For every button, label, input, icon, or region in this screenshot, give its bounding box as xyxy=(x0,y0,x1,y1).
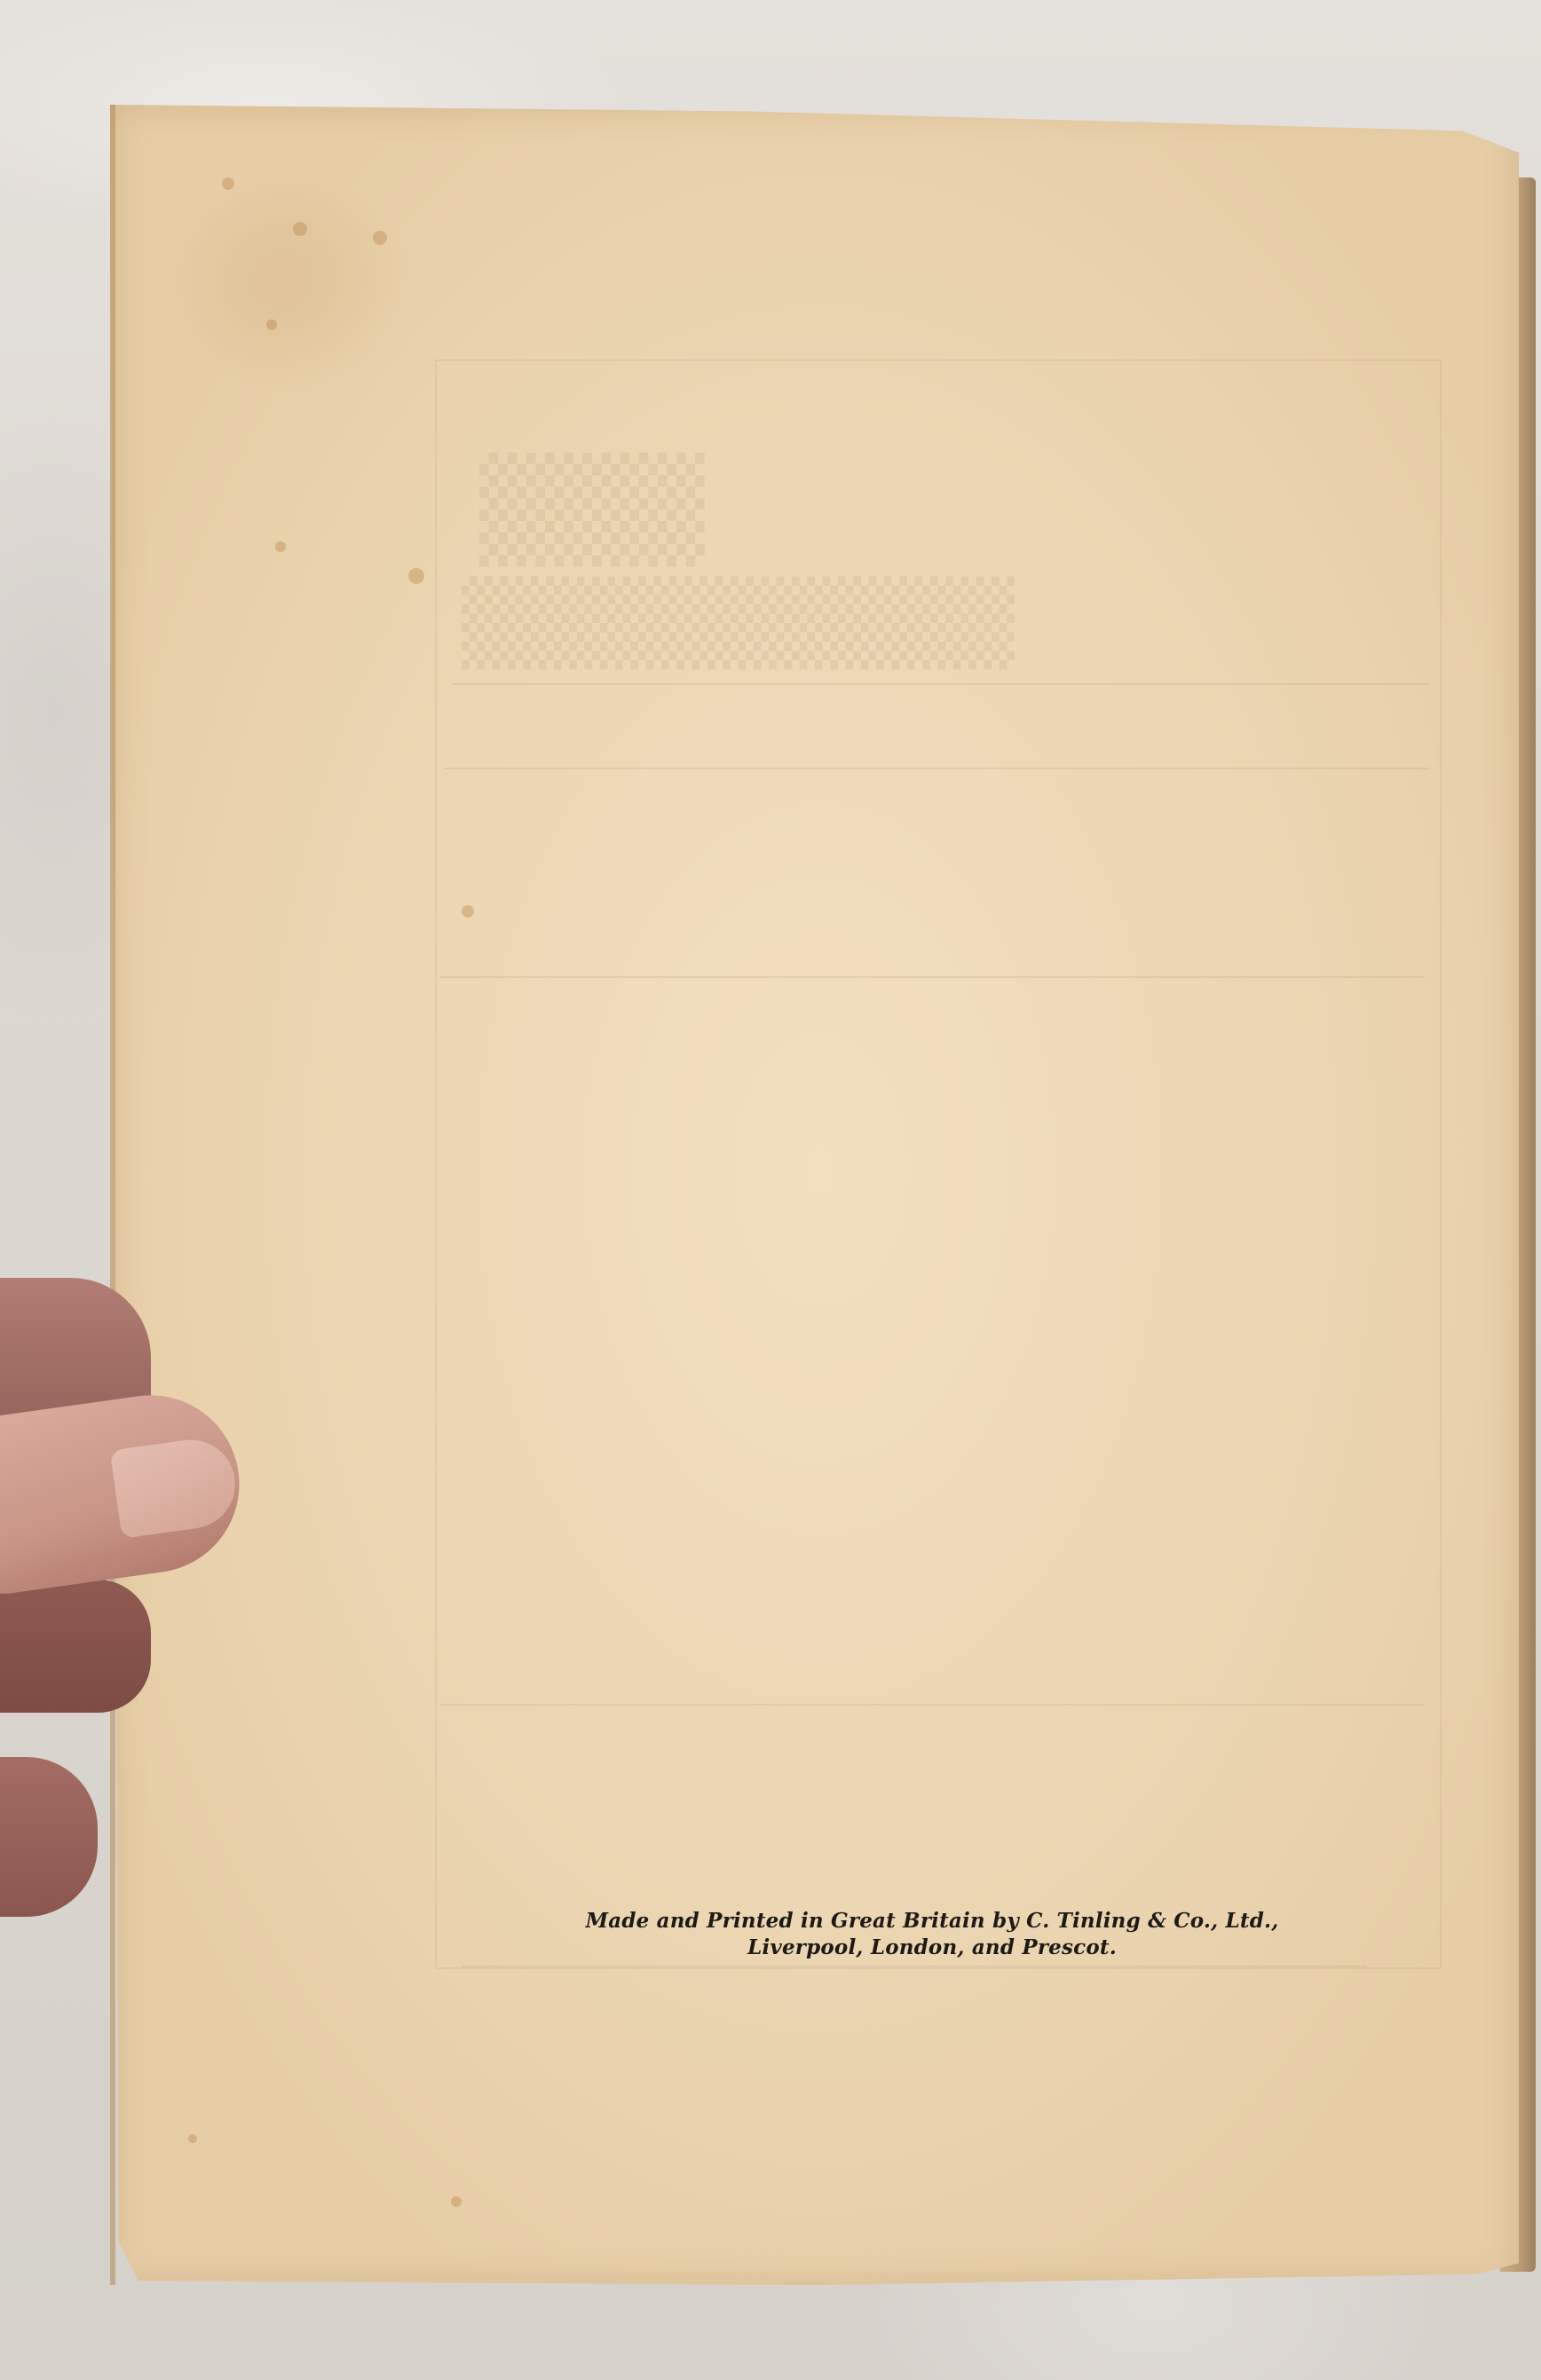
foxing-spot xyxy=(275,541,286,552)
imprint-line-1: Made and Printed in Great Britain by C. … xyxy=(533,1908,1332,1935)
foxing-spot xyxy=(188,2134,197,2143)
imprint-line-2: Liverpool, London, and Prescot. xyxy=(533,1935,1332,1961)
foxing-spot xyxy=(266,319,277,330)
printer-imprint: Made and Printed in Great Britain by C. … xyxy=(533,1908,1332,1961)
show-through-title: ▒▒▒▒▒▒▒▒▒ xyxy=(462,577,1015,670)
foxing-spot xyxy=(293,222,307,236)
page-left-edge xyxy=(110,105,115,2285)
foxing-spot xyxy=(408,568,424,584)
show-through-rule xyxy=(439,1704,1425,1706)
show-through-rule xyxy=(444,768,1429,769)
foxing-spot xyxy=(222,177,234,190)
show-through-rule xyxy=(453,683,1429,685)
foxing-spot xyxy=(451,2196,462,2207)
show-through-title: ▒▒▒ xyxy=(479,453,705,566)
show-through-rule xyxy=(439,976,1425,978)
show-through-rule xyxy=(462,1966,1367,1967)
hand-finger xyxy=(0,1580,151,1713)
foxing-spot xyxy=(373,231,387,245)
